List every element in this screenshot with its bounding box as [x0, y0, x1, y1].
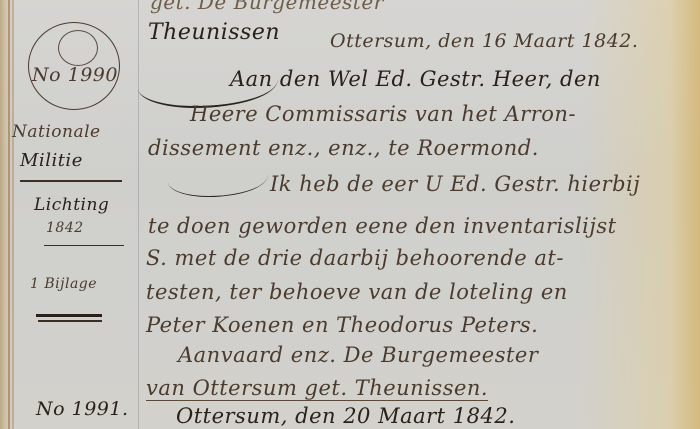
closing-line-2: van Ottersum get. Theunissen.: [146, 376, 488, 401]
salutation-line-2: Heere Commissaris van het Arron-: [190, 102, 576, 126]
closing-line-1: Aanvaard enz. De Burgemeester: [178, 343, 538, 367]
body-line-4: testen, ter behoeve van de loteling en: [146, 280, 568, 304]
body-flourish-icon: [168, 160, 268, 197]
entry-number-1990: No 1990: [32, 64, 118, 86]
top-partial-line: get. De Burgemeester: [150, 0, 384, 14]
attachment-underline: [36, 314, 102, 317]
salutation-line-3: dissement enz., enz., te Roermond.: [148, 136, 539, 160]
entry-number-1991: No 1991.: [36, 398, 129, 420]
salutation-line-1: Aan den Wel Ed. Gestr. Heer, den: [230, 67, 601, 91]
circle-flourish-icon: [58, 30, 98, 66]
binding-edge-line: [12, 0, 14, 429]
next-entry-place-date: Ottersum, den 20 Maart 1842.: [176, 404, 515, 428]
margin-label-lichting: Lichting: [34, 195, 109, 215]
body-line-2: te doen geworden eene den inventarislijs…: [148, 214, 617, 238]
margin-label-nationale: Nationale: [12, 122, 101, 142]
attachment-underline: [38, 320, 102, 322]
place-date: Ottersum, den 16 Maart 1842.: [330, 30, 638, 52]
body-line-5: Peter Koenen en Theodorus Peters.: [146, 313, 538, 337]
body-line-3: S. met de drie daarbij behoorende at-: [146, 246, 564, 270]
binding-edge-line: [8, 0, 10, 429]
body-line-1: Ik heb de eer U Ed. Gestr. hierbij: [270, 172, 640, 196]
margin-label-year: 1842: [46, 220, 84, 236]
signature-top: Theunissen: [148, 20, 280, 45]
margin-divider: [20, 180, 122, 182]
margin-label-militie: Militie: [20, 150, 83, 171]
margin-divider: [44, 245, 124, 246]
margin-label-bijlage: 1 Bijlage: [30, 276, 97, 292]
manuscript-page: No 1990 Nationale Militie Lichting 1842 …: [0, 0, 700, 429]
